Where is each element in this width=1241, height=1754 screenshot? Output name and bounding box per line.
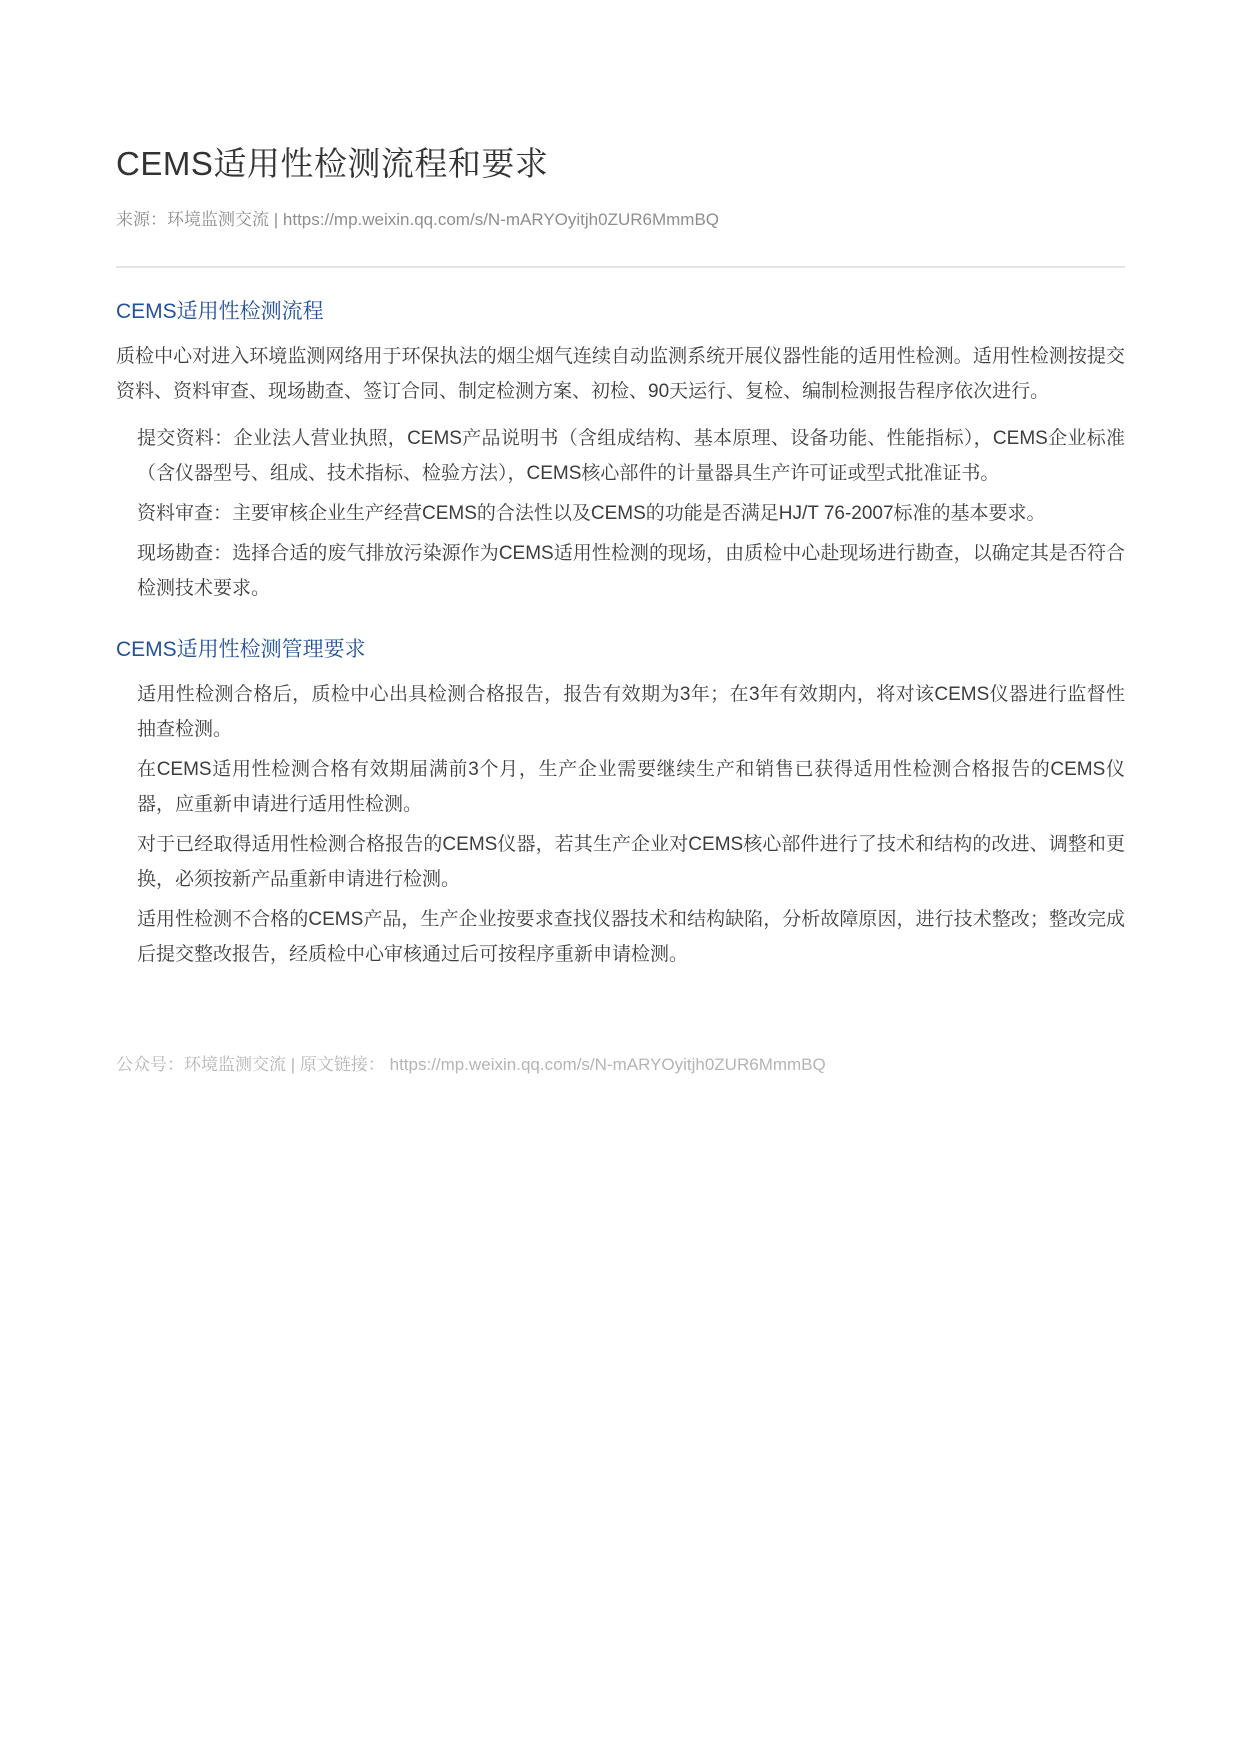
list-item: 在CEMS适用性检测合格有效期届满前3个月，生产企业需要继续生产和销售已获得适用…	[137, 752, 1125, 822]
document-page: CEMS适用性检测流程和要求 来源：环境监测交流 | https://mp.we…	[0, 0, 1241, 1075]
page-title: CEMS适用性检测流程和要求	[116, 138, 1125, 185]
section-item-list: 适用性检测合格后，质检中心出具检测合格报告，报告有效期为3年；在3年有效期内，将…	[137, 677, 1125, 972]
section-heading: CEMS适用性检测流程	[116, 295, 1125, 325]
footer-url: https://mp.weixin.qq.com/s/N-mARYOyitjh0…	[390, 1055, 826, 1074]
section-item-list: 提交资料：企业法人营业执照，CEMS产品说明书（含组成结构、基本原理、设备功能、…	[137, 421, 1125, 606]
footer-account-label: 公众号：环境监测交流	[116, 1055, 286, 1074]
list-item: 对于已经取得适用性检测合格报告的CEMS仪器，若其生产企业对CEMS核心部件进行…	[137, 827, 1125, 897]
list-item: 适用性检测不合格的CEMS产品，生产企业按要求查找仪器技术和结构缺陷，分析故障原…	[137, 902, 1125, 972]
section-heading: CEMS适用性检测管理要求	[116, 633, 1125, 663]
footer-link-label: 原文链接：	[300, 1055, 385, 1074]
section-management-requirements: CEMS适用性检测管理要求 适用性检测合格后，质检中心出具检测合格报告，报告有效…	[116, 633, 1125, 972]
source-separator: |	[274, 210, 278, 229]
source-label: 来源：环境监测交流	[116, 210, 269, 229]
section-detection-process: CEMS适用性检测流程 质检中心对进入环境监测网络用于环保执法的烟尘烟气连续自动…	[116, 295, 1125, 606]
footer-line: 公众号：环境监测交流 | 原文链接： https://mp.weixin.qq.…	[116, 1050, 1125, 1075]
list-item: 提交资料：企业法人营业执照，CEMS产品说明书（含组成结构、基本原理、设备功能、…	[137, 421, 1125, 491]
list-item: 适用性检测合格后，质检中心出具检测合格报告，报告有效期为3年；在3年有效期内，将…	[137, 677, 1125, 747]
section-intro-paragraph: 质检中心对进入环境监测网络用于环保执法的烟尘烟气连续自动监测系统开展仪器性能的适…	[116, 339, 1125, 409]
footer-separator: |	[291, 1055, 295, 1074]
list-item: 资料审查：主要审核企业生产经营CEMS的合法性以及CEMS的功能是否满足HJ/T…	[137, 496, 1125, 531]
list-item: 现场勘查：选择合适的废气排放污染源作为CEMS适用性检测的现场，由质检中心赴现场…	[137, 536, 1125, 606]
source-line: 来源：环境监测交流 | https://mp.weixin.qq.com/s/N…	[116, 205, 1125, 268]
source-url: https://mp.weixin.qq.com/s/N-mARYOyitjh0…	[283, 210, 719, 229]
